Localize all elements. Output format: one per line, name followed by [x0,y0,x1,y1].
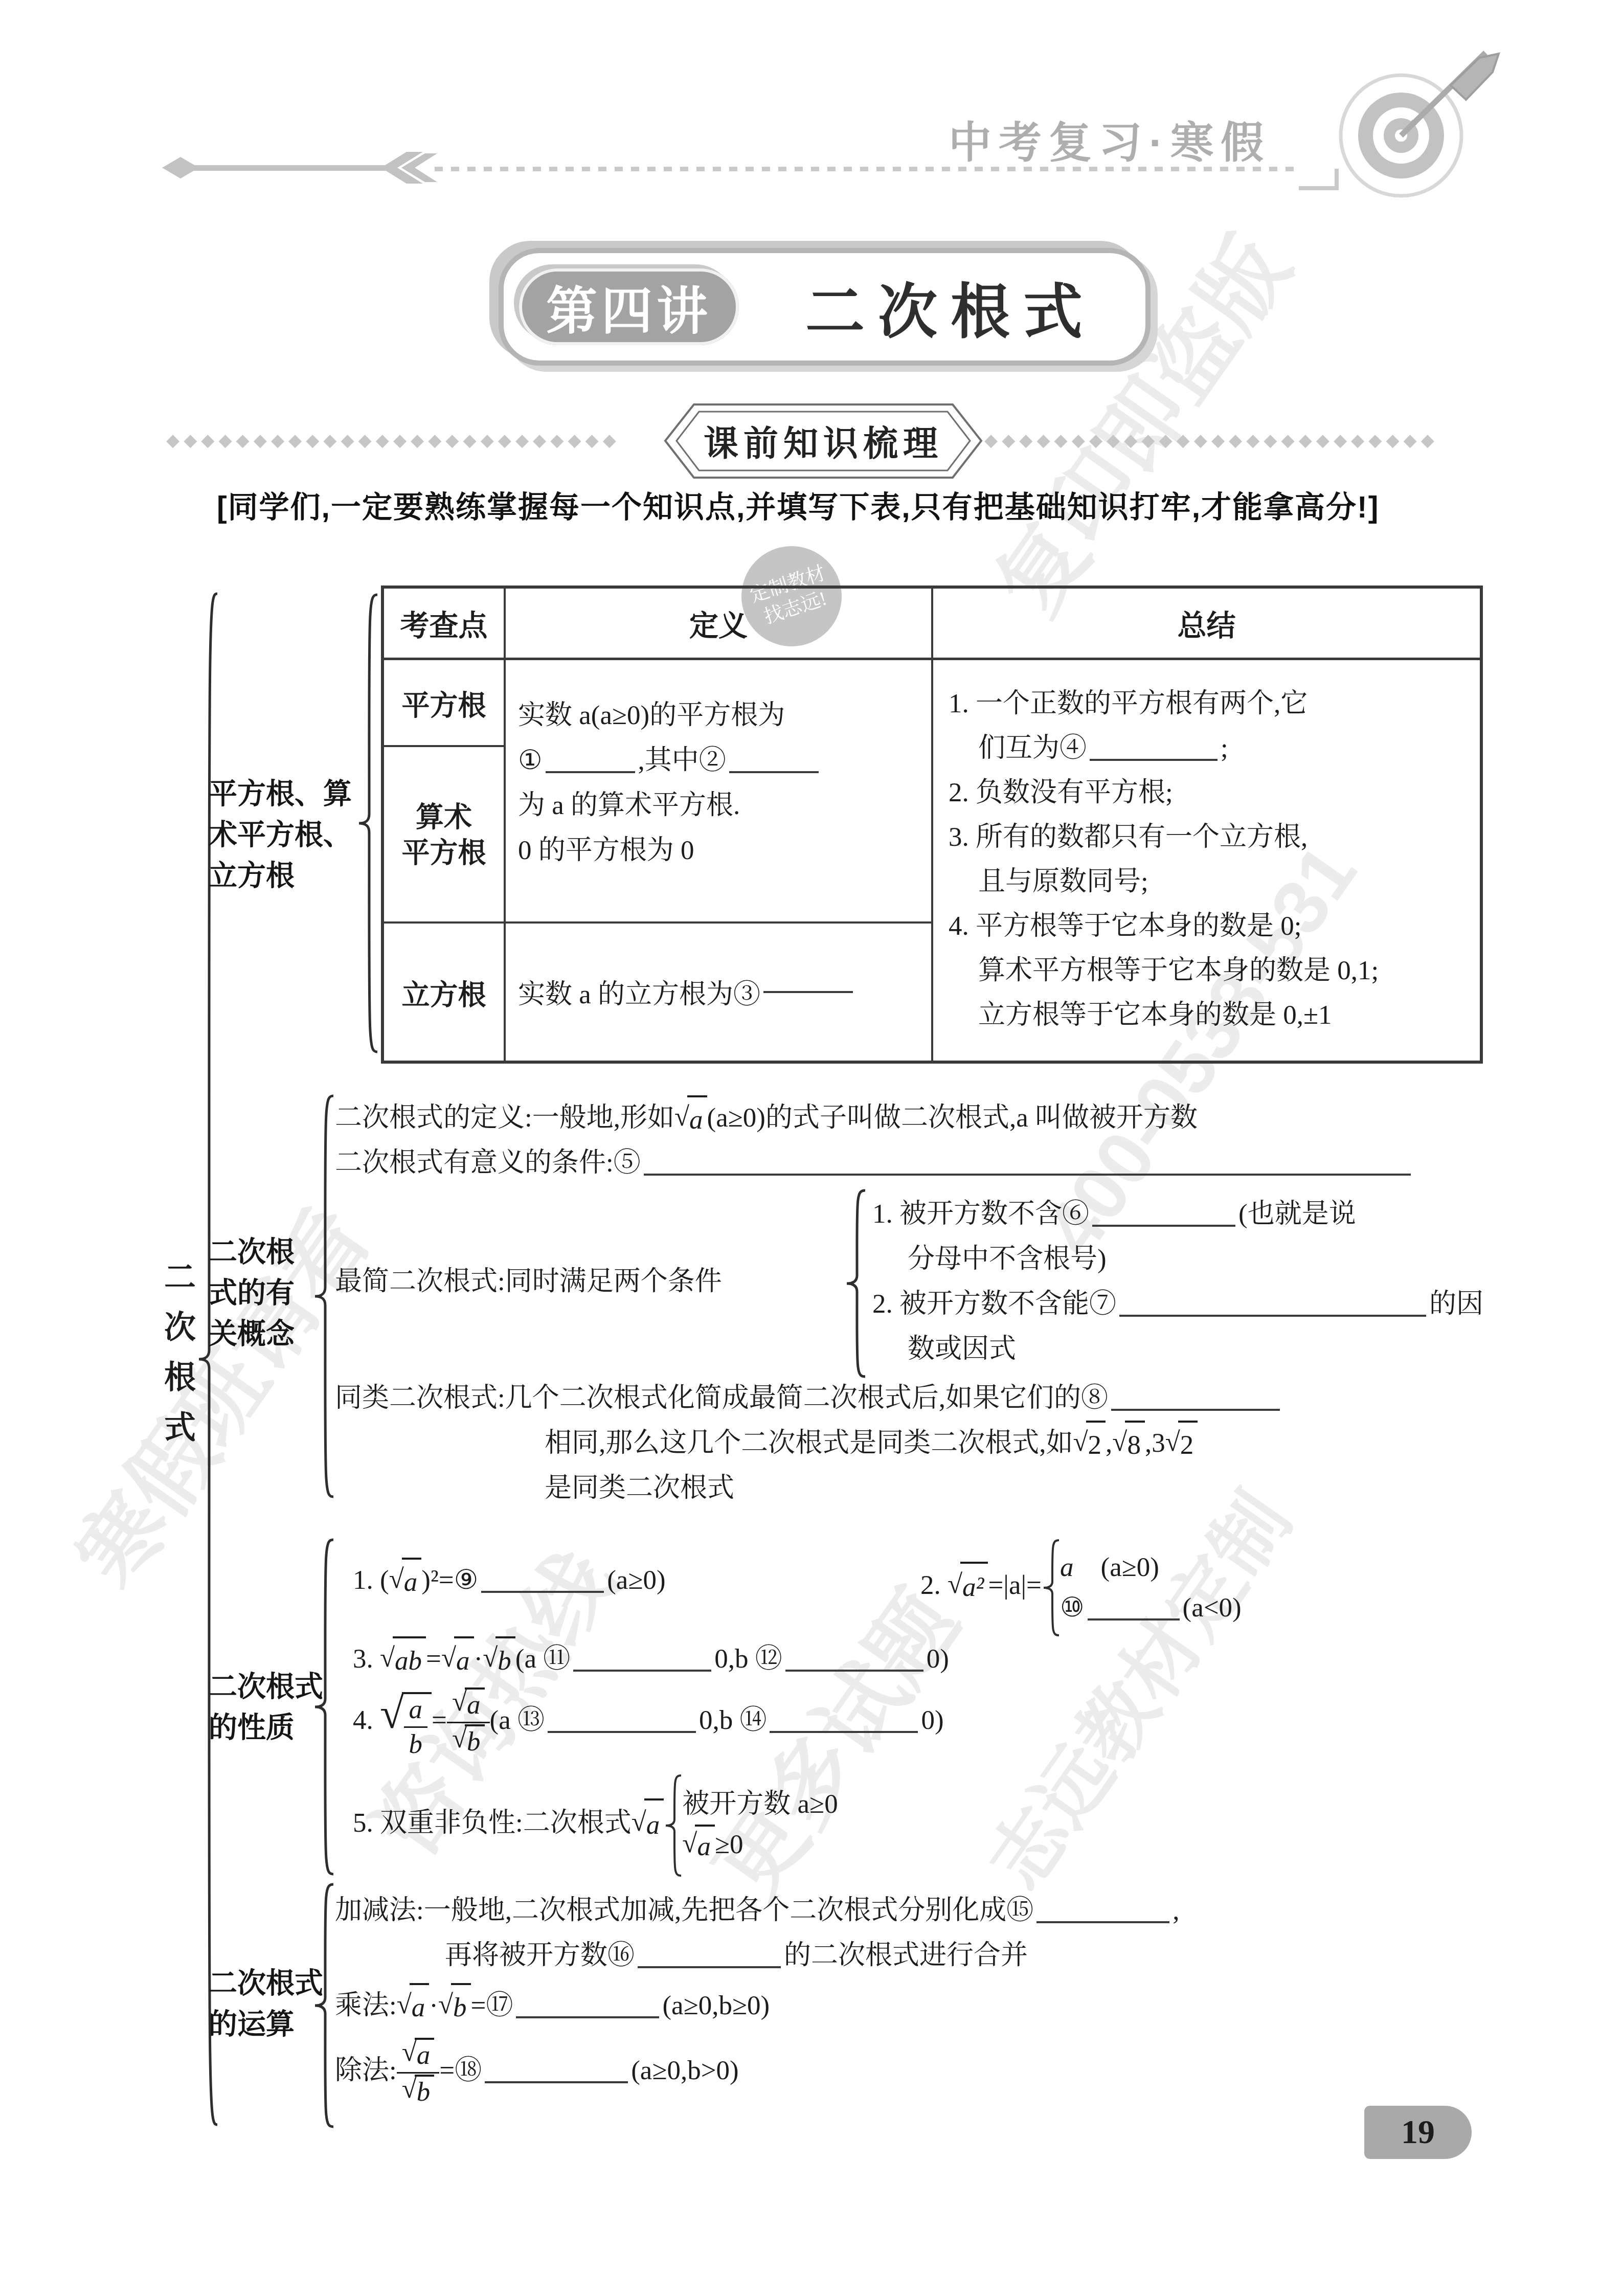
summary-line: 2. 负数没有平方根; [949,771,1472,815]
rule-end-hook [1299,169,1339,190]
fill-blank-17 [516,2016,659,2018]
property-3: 3. √ab=√a·√b(a ⑪0,b ⑫0) [353,1636,949,1683]
section-banner-title: 课前知识梳理 [662,401,984,481]
case-row: a (a≥0) [1060,1547,1242,1588]
fill-blank-18 [485,2081,628,2083]
cases-brace [1042,1539,1060,1636]
label-line: 式的有 [209,1272,295,1313]
table-header-cell: 总结 [933,589,1480,660]
table-header-cell: 定义 [506,589,933,660]
lecture-title: 二次根式 [805,264,1096,350]
intro-paragraph: [同学们,一定要熟练掌握每一个知识点,并填写下表,只有把基础知识打牢,才能拿高分… [153,480,1560,535]
section-label-properties: 二次根式 的性质 [209,1666,323,1748]
operation-addsub-line-1: 加减法:一般地,二次根式加减,先把各个二次根式分别化成⑮, [335,1888,1179,1933]
similar-radical-line-2: 相同,那么这几个二次根式是同类二次根式,如√2,√8,3√2 [545,1421,1198,1468]
fill-blank-14 [770,1731,918,1733]
case-row: √a≥0 [682,1825,838,1867]
property-2: 2. √a²=|a|= a (a≥0) ⑩(a<0) [920,1539,1242,1636]
arrow-divider-icon [161,151,437,187]
diamond-chain-left [166,429,660,453]
lecture-title-box: 第四讲 二次根式 [499,248,1151,366]
table-def-cell-cube: 实数 a 的立方根为③ [506,924,933,1061]
page-header-brand: 中考复习·寒假 [949,108,1271,170]
condition-1-line-1: 1. 被开方数不含⑥(也就是说 [872,1191,1356,1236]
similar-radical-line-3: 是同类二次根式 [545,1466,734,1511]
fill-blank-11 [573,1670,711,1672]
property-1: 1. (√a)²=⑨(a≥0) [353,1558,666,1605]
textbook-page: 复印即盗版 400-0533-531 寒假班请看 咨询热线 更多试题 志远教材定… [0,0,1623,2296]
label-line: 二次根式 [209,1666,323,1707]
simplest-radical-lead: 最简二次根式:同时满足两个条件 [335,1259,722,1304]
fill-blank-7 [1119,1315,1426,1317]
fill-blank-6 [1092,1225,1235,1227]
diamond-chain-right [984,429,1478,453]
section-label-operations: 二次根式 的运算 [209,1963,323,2044]
table-summary-cell: 1. 一个正数的平方根有两个,它 们互为④; 2. 负数没有平方根; 3. 所有… [933,660,1480,1061]
mindmap-root-label: 二次根式 [162,1253,198,1453]
operations-brace [313,1883,335,2128]
summary-line: 算术平方根等于它本身的数是 0,1; [949,949,1472,993]
fill-blank-12 [785,1670,923,1672]
label-line: 关概念 [209,1313,295,1354]
fill-blank-9 [481,1591,604,1593]
label-line: 立方根 [209,855,352,896]
case-row: ⑩(a<0) [1060,1588,1242,1629]
summary-line: 3. 所有的数都只有一个立方根, [949,815,1472,860]
roots-brace [357,593,379,1053]
cases-brace [664,1774,682,1877]
concept-meaning-line: 二次根式有意义的条件:⑤ [335,1140,1414,1185]
conditions-brace [845,1189,867,1378]
operation-multiply: 乘法:√a·√b=⑰(a≥0,b≥0) [335,1983,770,2030]
page-number-badge: 19 [1364,2106,1472,2159]
property-4: 4. √ab=√a√b(a ⑬0,b ⑭0) [353,1687,944,1760]
table-def-cell-merged: 实数 a(a≥0)的平方根为 ①,其中② 为 a 的算术平方根. 0 的平方根为… [506,660,933,924]
fill-blank-2 [729,771,819,773]
fill-blank-15 [1036,1921,1169,1923]
def-line: ①,其中② [518,738,923,783]
fill-blank-1 [546,771,635,773]
fill-blank-16 [638,1966,781,1968]
summary-line: 立方根等于它本身的数是 0,±1 [949,993,1472,1038]
lecture-number-badge: 第四讲 [519,268,739,345]
similar-radical-line-1: 同类二次根式:几个二次根式化简成最简二次根式后,如果它们的⑧ [335,1376,1283,1421]
summary-line: 们互为④; [949,726,1472,771]
case-row: 被开方数 a≥0 [682,1784,838,1825]
operation-divide: 除法:√a√b=⑱(a≥0,b>0) [335,2038,739,2108]
properties-brace [313,1538,335,1876]
label-line: 二次根 [209,1231,295,1272]
fill-blank-4 [1090,759,1218,761]
fill-blank-13 [548,1731,696,1733]
watermark-text: 志远教材定制 [957,1467,1312,1907]
target-dart-icon [1317,28,1511,222]
condition-2-line-1: 2. 被开方数不含能⑦的因 [872,1281,1483,1326]
table-row-label: 平方根 [384,660,506,747]
dashed-rule [435,167,1299,171]
fill-blank-10 [1088,1618,1180,1620]
condition-2-line-2: 数或因式 [908,1326,1016,1371]
fill-blank-5 [644,1174,1411,1176]
table-header-cell: 考查点 [384,589,506,660]
summary-line: 1. 一个正数的平方根有两个,它 [949,682,1472,726]
def-line: 实数 a(a≥0)的平方根为 [518,693,923,738]
table-row-label: 算术平方根 [384,747,506,924]
summary-line: 且与原数同号; [949,860,1472,904]
concept-definition-line: 二次根式的定义:一般地,形如√a(a≥0)的式子叫做二次根式,a 叫做被开方数 [335,1095,1198,1142]
label-line: 平方根、算 [209,773,352,814]
label-line: 的运算 [209,2004,323,2044]
summary-line: 4. 平方根等于它本身的数是 0; [949,904,1472,949]
label-line: 二次根式 [209,1963,323,2004]
section-label-roots: 平方根、算 术平方根、 立方根 [209,773,352,896]
operation-addsub-line-2: 再将被开方数⑯的二次根式进行合并 [445,1933,1028,1978]
knowledge-table: 考查点 定义 总结 平方根 实数 a(a≥0)的平方根为 ①,其中② 为 a 的… [381,586,1483,1064]
def-line: 0 的平方根为 0 [518,828,923,873]
label-line: 术平方根、 [209,814,352,855]
fill-blank-3 [763,991,853,993]
table-row-label: 立方根 [384,924,506,1061]
fill-blank-8 [1111,1409,1280,1411]
condition-1-line-2: 分母中不含根号) [908,1236,1107,1281]
concepts-brace [313,1094,335,1498]
property-5: 5. 双重非负性:二次根式√a 被开方数 a≥0 √a≥0 [353,1774,838,1877]
section-label-concepts: 二次根 式的有 关概念 [209,1231,295,1354]
label-line: 的性质 [209,1707,323,1748]
def-line: 为 a 的算术平方根. [518,783,923,828]
